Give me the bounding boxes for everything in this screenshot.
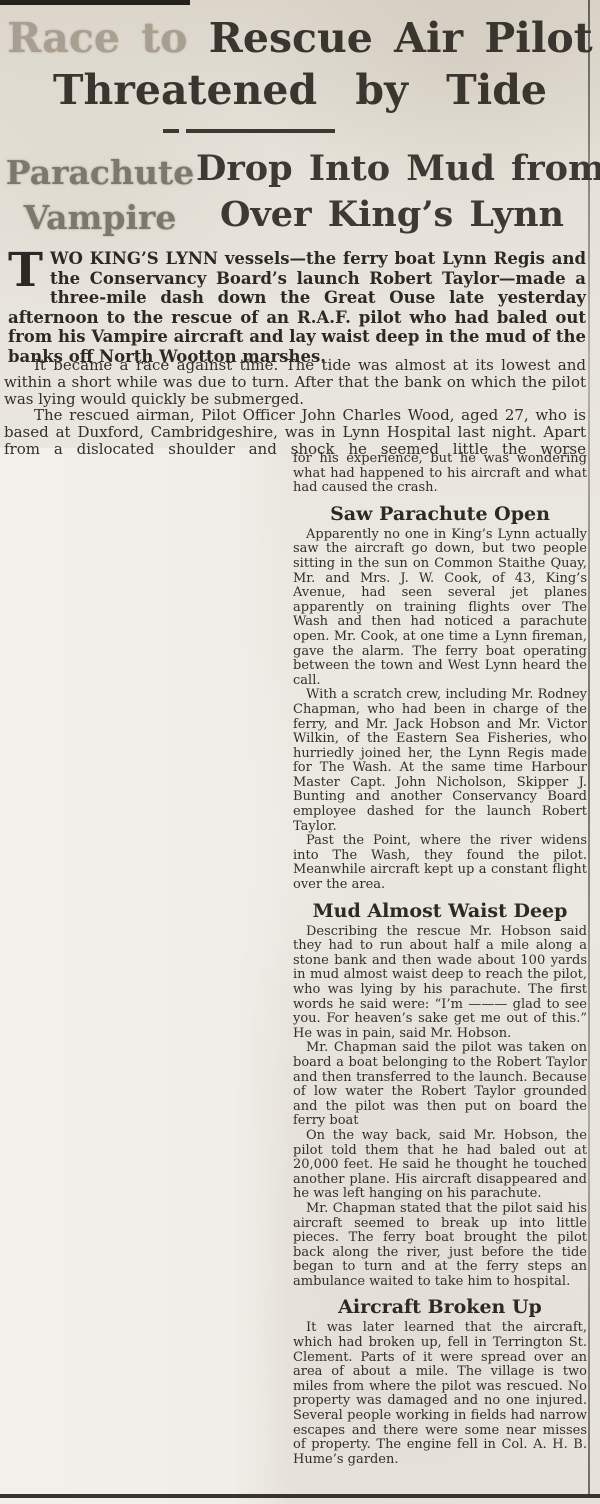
column-paragraph: It was later learned that the aircraft, … [293, 1321, 587, 1467]
column-paragraph: Past the Point, where the river widens i… [293, 834, 587, 892]
main-headline-line2: Threatened by Tide [0, 64, 600, 116]
headline-divider [163, 129, 335, 133]
right-column: for his experience, but he was wondering… [293, 452, 587, 1467]
column-paragraph: Mr. Chapman said the pilot was taken on … [293, 1041, 587, 1129]
drop-cap: T [8, 249, 50, 289]
subheadline-line1: Drop Into Mud from [196, 146, 588, 192]
column-paragraph: Describing the rescue Mr. Hobson said th… [293, 925, 587, 1042]
bottom-rule [0, 1494, 600, 1498]
column-rule [588, 0, 590, 1498]
subhead-overprint-line2: Vampire [4, 195, 196, 240]
top-rule [0, 0, 190, 5]
lead-paragraph-text: WO KING’S LYNN vessels—the ferry boat Ly… [8, 249, 586, 366]
section-heading: Saw Parachute Open [293, 504, 587, 525]
newspaper-clipping: Race to Rescue Air Pilot Threatened by T… [0, 0, 600, 1504]
headline-bold-part: Rescue Air Pilot [209, 14, 593, 62]
subhead-overprint: Parachute Vampire [4, 150, 196, 240]
blank-paper-area [0, 448, 290, 1504]
headline-faded-part: Race to [7, 14, 187, 62]
subheadline-line2: Over King’s Lynn [196, 192, 588, 238]
column-paragraph: With a scratch crew, including Mr. Rodne… [293, 688, 587, 834]
intro-paragraph: It became a race against time. The tide … [4, 357, 586, 408]
section-heading: Aircraft Broken Up [293, 1297, 587, 1318]
column-paragraph: Apparently no one in King’s Lynn actuall… [293, 528, 587, 689]
subhead-overprint-line1: Parachute [4, 150, 196, 195]
column-paragraph: Mr. Chapman stated that the pilot said h… [293, 1202, 587, 1290]
lead-paragraph: TWO KING’S LYNN vessels—the ferry boat L… [8, 249, 586, 366]
column-paragraph: for his experience, but he was wondering… [293, 452, 587, 496]
main-headline: Race to Rescue Air Pilot [0, 12, 600, 64]
subheadline: Drop Into Mud from Over King’s Lynn [196, 146, 588, 238]
column-paragraph: On the way back, said Mr. Hobson, the pi… [293, 1129, 587, 1202]
section-heading: Mud Almost Waist Deep [293, 901, 587, 922]
